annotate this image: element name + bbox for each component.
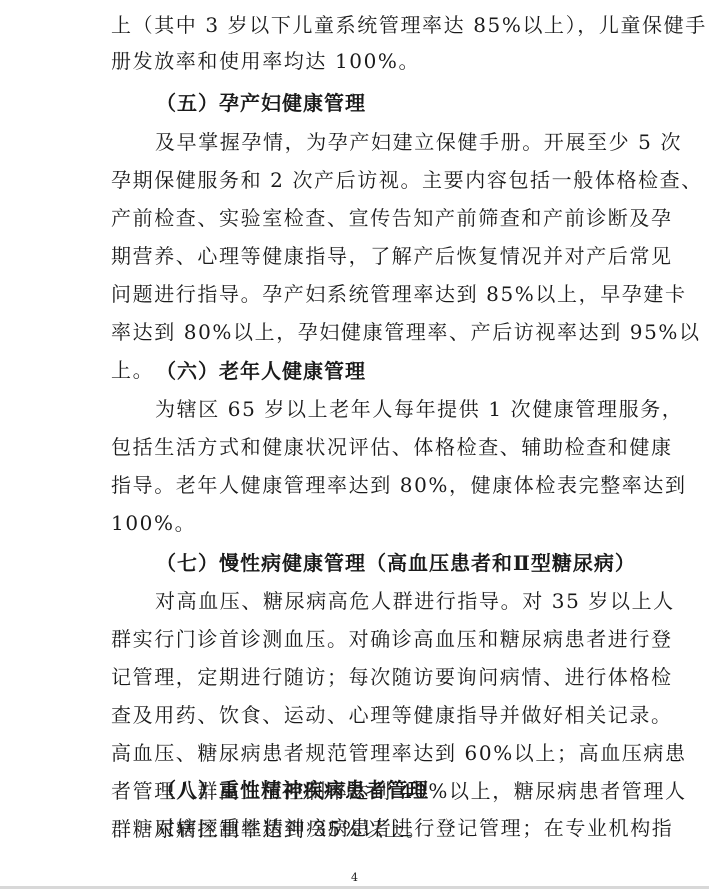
page-overlay: （八）重性精神疾病患者管理 对辖区重性精神疾病患者进行登记管理；在专业机构指 4: [0, 0, 709, 889]
section-heading-8: （八）重性精神疾病患者管理: [156, 775, 656, 805]
body-line: 对辖区重性精神疾病患者进行登记管理；在专业机构指: [155, 813, 655, 843]
page-number: 4: [0, 872, 709, 884]
